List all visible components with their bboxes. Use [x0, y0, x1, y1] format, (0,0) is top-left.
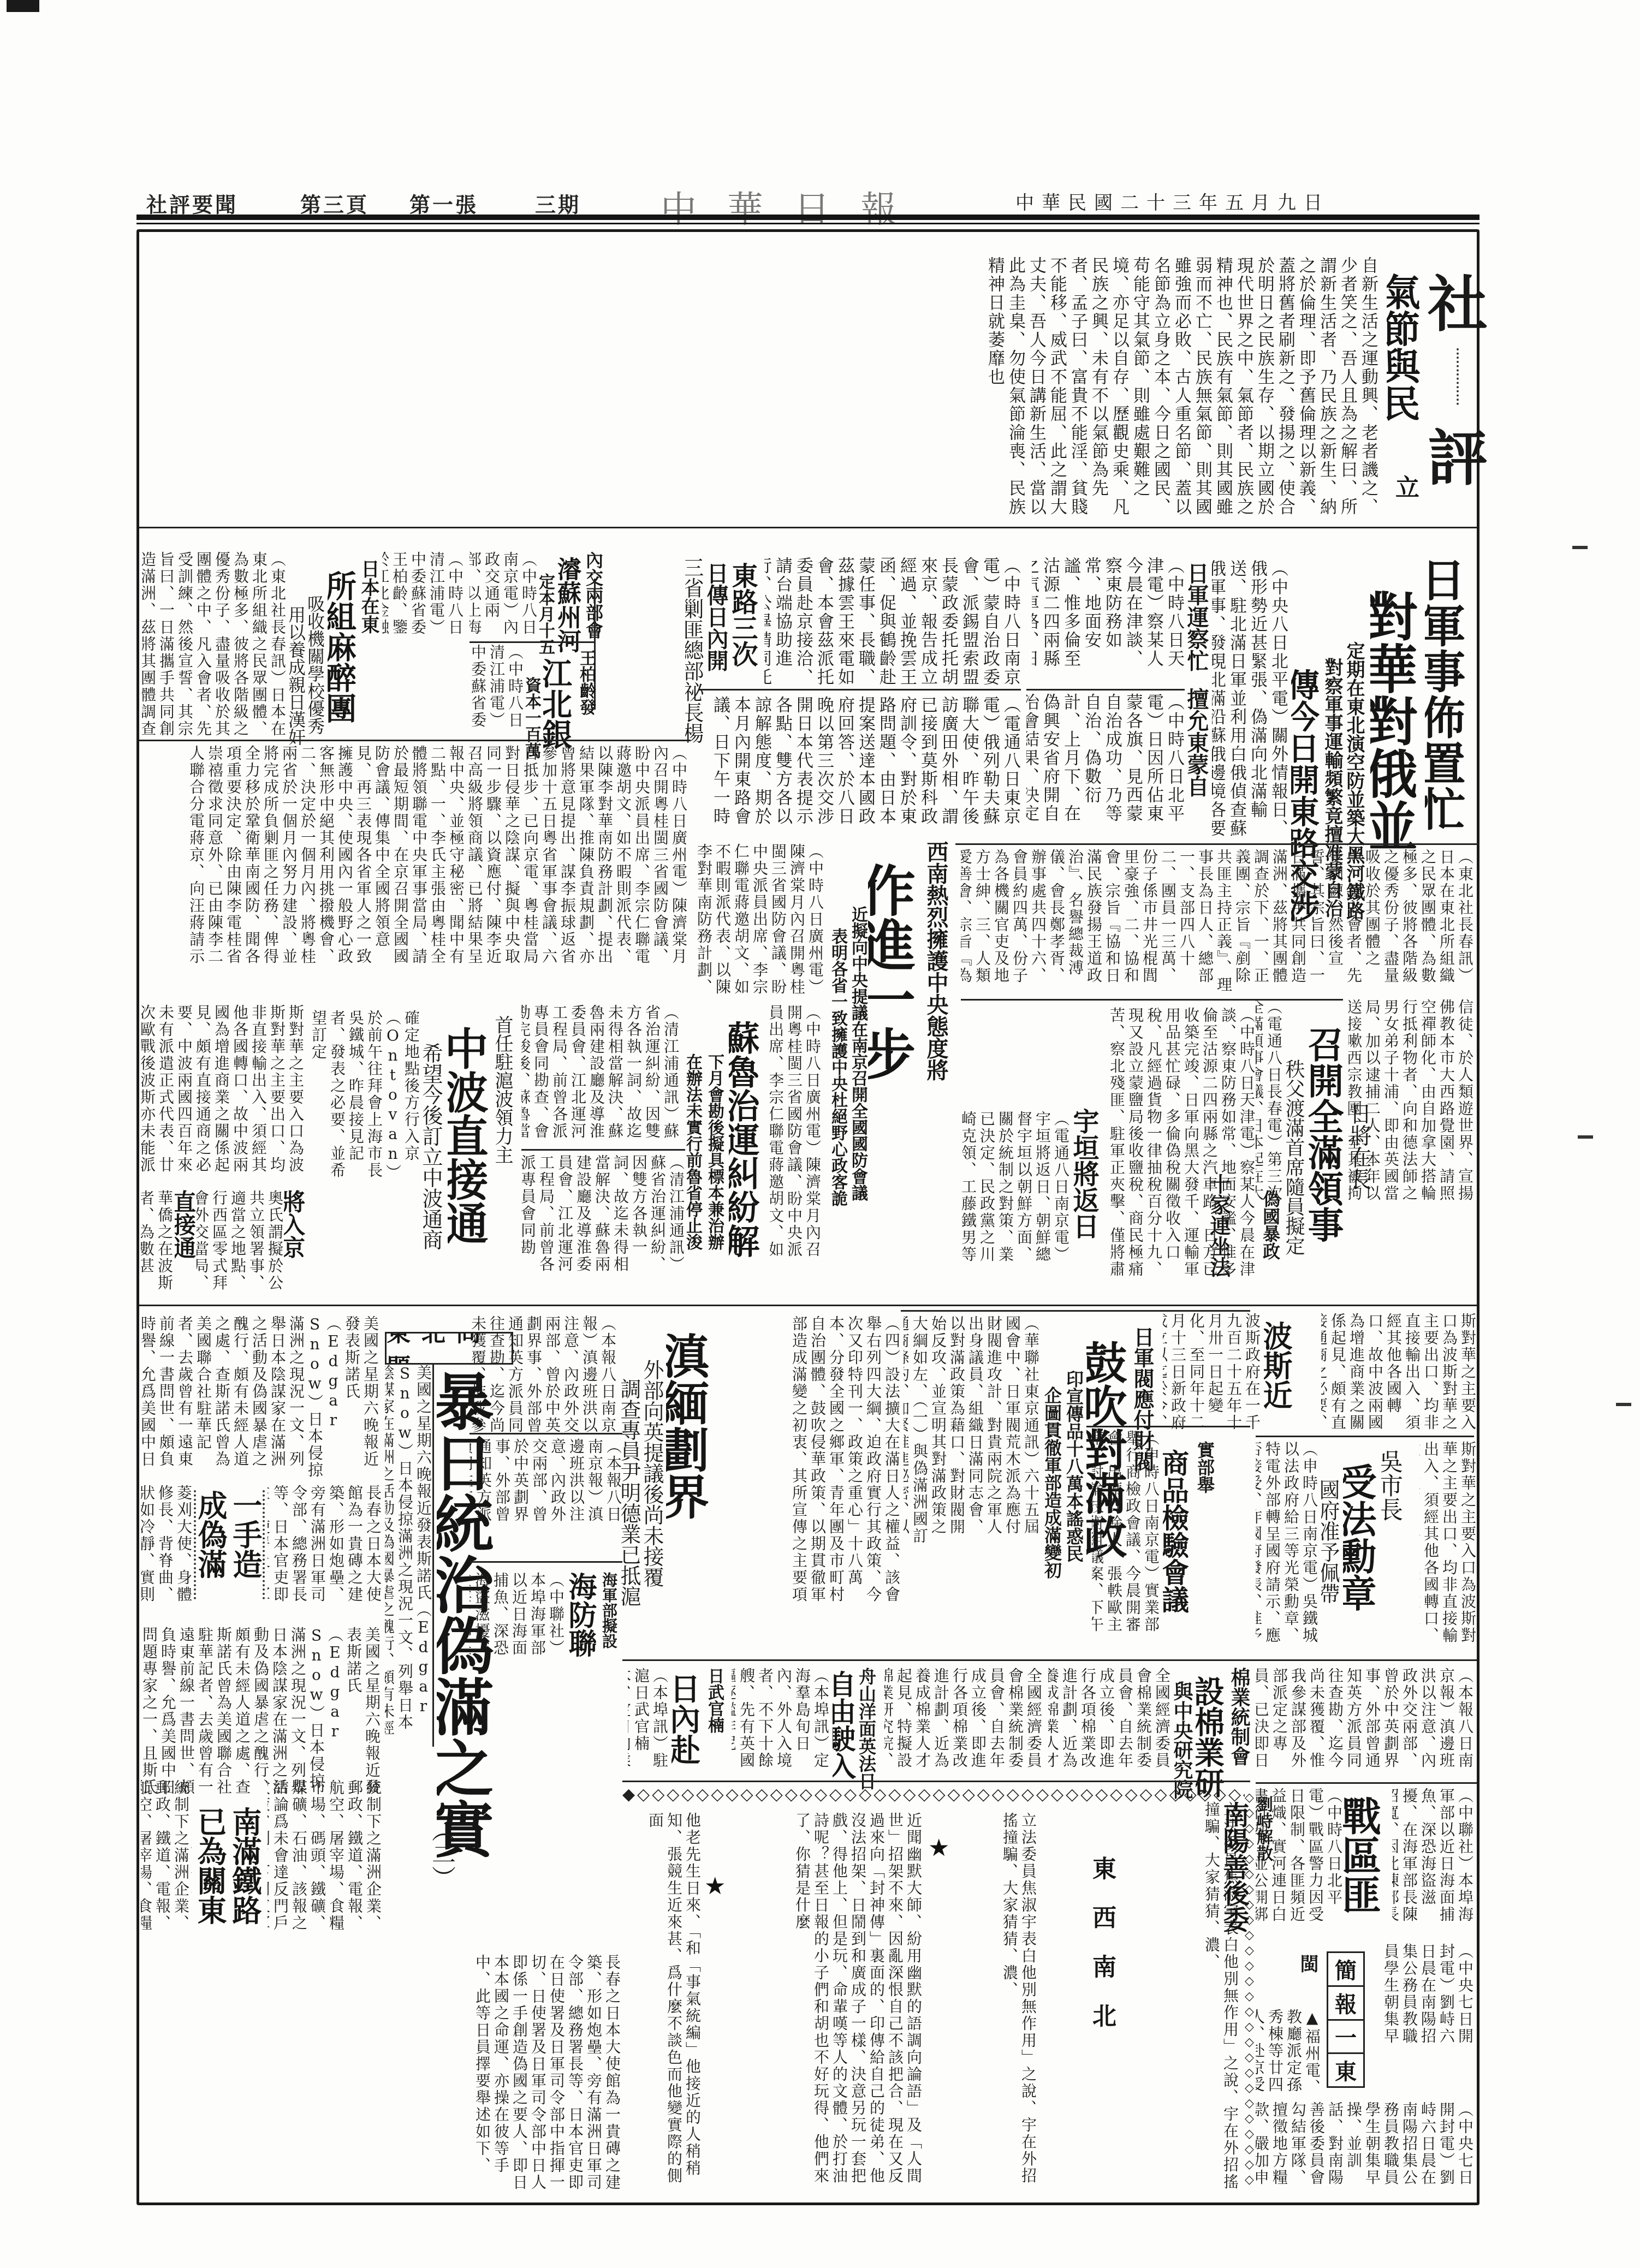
direction-south: 南	[1092, 1954, 1119, 1987]
article-divider	[470, 641, 595, 643]
subhead-consular: 秩父渡滿首席隨員擬定	[1286, 1059, 1308, 1255]
sheet-label: 第一張	[409, 188, 478, 218]
article-body-canal: （中時八日南京電）內政交通兩部、以上海蘇州河淤塞淺窄、亟待疏濬、特定於下星期二十…	[470, 551, 538, 641]
direction-east: 東	[1092, 1856, 1119, 1889]
subhead-poland: 希望今後訂立中波通商條約	[423, 1043, 446, 1250]
kicker-nanyang: 劉峙解散	[1256, 1796, 1275, 1867]
article-body-yugaki: （電通八日南京電）宇垣將返日、朝鮮總督宇垣以朝鮮方面、關於統制之對策、業已決定、…	[961, 1111, 1070, 1275]
date-label: 中華民國二十三年五月九日	[1015, 188, 1330, 215]
article-body-mongolia: （中時八日南京電）蒙自治政委會、派錫盟索盟長蒙政委托托胡來京、報告成立經過、並挽…	[764, 557, 1021, 688]
headline-japan-military-2: 對華對俄並進	[1370, 590, 1425, 873]
star-icon: ★	[704, 1872, 726, 1900]
subhead-manchu-policy-1: 印宣傳品十八萬本謠惑民眾	[1065, 1370, 1086, 1578]
subhead-wu-mayor: 國府准予佩帶	[1321, 1479, 1343, 1632]
brief-label: 報	[1328, 1987, 1363, 2021]
article-body-japan-transport: （中時八日天津電）察某人今晨在津談、察東防務如常、地面安謐、惟多倫至沽源二四兩縣…	[1032, 557, 1185, 682]
section-divider	[622, 1659, 1477, 1661]
kicker-japan-ship: 日武官楠木	[704, 1668, 726, 1744]
subhead-canal: 定本月十五開會	[538, 573, 557, 660]
part-label: （二）	[431, 1818, 459, 1883]
headline-commerce: 商品檢驗會議	[1163, 1449, 1193, 1613]
headline-yunnan-burma: 滇緬劃界問題	[666, 1332, 715, 1561]
headline-plotters: 一手造成偽滿之日本陰謀家	[194, 1490, 265, 1599]
direction-west: 西	[1092, 1905, 1119, 1938]
article-divider	[1256, 1782, 1477, 1784]
headline-yugaki: 宇垣將返日	[1073, 1108, 1103, 1250]
article-body-railway-2: 統制下之滿洲企業、郵政、鐵道、電報、航空、屠宰場、食糧市場、碼頭、鐵礦、煤礦、石…	[141, 1779, 190, 1943]
article-body-consular: （電通八日長春電）第三次全滿領事會議、日本起在大使館繼續開會三日、菱刈大使谷參事…	[1256, 999, 1283, 1217]
kicker-commerce: 實部舉行	[1196, 1441, 1217, 1507]
article-body-humor-2: 他老先生日來、「和「事氣統編」他接近的人稍稍知、張競生近來甚、爲什麼不談色而他變…	[625, 1812, 702, 2194]
brief-label: 一	[1328, 2021, 1363, 2055]
article-body-southwest-3: （中時八日廣州電）陳濟棠月內召開粵桂閩三省國防會議、盼中央派員出席、李宗仁聯電蔣…	[770, 1004, 822, 1266]
editorial-author: 立	[1389, 475, 1422, 508]
section-label-box: 東北問題	[385, 1332, 513, 1365]
article-body-southwest-cont: （中時八日廣州電）陳濟棠月內召開粵桂閩三省國防會議、盼中央派員出席、李宗仁聯電蔣…	[142, 745, 688, 974]
editorial-body: 自新生活之運動興、老者譏之、少者笑之、吾人且為之解曰、所謂新生活者、乃民族之新生…	[150, 257, 1378, 524]
brief-label: 簡	[1328, 1953, 1363, 1987]
headline-bank: 江北銀行	[543, 658, 576, 751]
headline-consular: 召開全滿領事會議	[1308, 1026, 1348, 1255]
subhead-jiangsu-2: 在辦法未實行前魯省停止浚治	[682, 1053, 704, 1261]
kicker-bank: 王柏齡發起設	[576, 650, 598, 715]
article-body-persia-2: 波斯政府在一千九百二十五年十月卅一日起變化、至同年十二月十三日新政府成立以迄於今…	[1163, 1313, 1261, 1438]
masthead-rule	[136, 215, 1479, 220]
article-divider	[470, 1561, 622, 1563]
article-body-cotton: 全國經濟委員會棉業統制委員會、自去年成立後、即進行各項棉業改進計劃、近為養成棉業…	[1048, 1668, 1171, 1777]
article-body-wu-mayor: （申時八日南京電）吳鐵城以法政府給三等光榮勳章、特電外部轉呈國府請示、應否接受、…	[1256, 1441, 1318, 1648]
article-body-poland-2: 斯對華之主要入口為波斯對華之主要出口、均非直接輸出入、須經其他各國轉口、故中波兩…	[141, 1004, 305, 1184]
kicker-southwest: 西南熱烈擁護中央態度將	[925, 841, 952, 1103]
subhead-southwest-2: 表明各省一致擁護中央杜絕野心政客詭謀	[829, 928, 849, 1212]
kicker-ship-entry: 舟山洋面英法日艦	[857, 1668, 879, 1799]
subhead-yunnan-2: 調查專員尹明德業已抵滬	[621, 1378, 644, 1608]
subhead-japan-transport: 日軍運察忙碌	[1186, 562, 1212, 671]
kicker-puppet: 偽國暴政	[1261, 1190, 1283, 1266]
article-body-manchu-decree: （四）設法擴大在滿日人之權益、該會舉右列四大綱、迫政府實行其政策、今次又印特刊一…	[792, 1315, 901, 1610]
article-divider	[521, 1149, 685, 1151]
article-body-poland: 確定地點後方行入京（Ontovan）於前午往拜會上海市長吳鐵城、昨晨接見記者、發…	[306, 1010, 420, 1184]
article-body-cotton-2: 全國經濟委員會棉業統制委員會、自去年成立後、即進行各項棉業改進計劃、近為養成棉業…	[884, 1668, 1043, 1777]
headline-japan-ship: 日內赴閩	[672, 1673, 704, 1782]
article-divider	[139, 740, 691, 741]
article-divider	[1256, 1436, 1474, 1437]
headline-military-zone: 戰區匪熾	[1343, 1796, 1387, 1938]
kicker-wu-mayor: 吳市長	[1381, 1449, 1406, 1537]
kicker-cotton: 棉業統制會擬	[1228, 1668, 1253, 1766]
article-body-brief-2: （中央七日開封電）劉峙六日晨在南陽招集公務員教職員學生朝集早操、並訓話、對南陽善…	[1256, 2102, 1474, 2194]
article-body-japan-military: （中央八日北平電）關外情報日、俄形勢近甚緊張、偽滿向北滿輸送、駐北滿日軍並利用白…	[1212, 559, 1288, 843]
article-body-poland-enter: 奧氏謂擬於公共立領署事、適當之地點、行西區零式拜會外交當局、由波斯駐俄公使所晤商…	[197, 1190, 284, 1299]
article-body-yunnan-3: （本報八日南京報）滇邊班洪以注意、內政外交兩部、曾於中英劃界事、外部曾通知英方派…	[1256, 1668, 1474, 1777]
brief-region: 閩	[1299, 1954, 1321, 1998]
subhead-poland-enter: 將入京	[284, 1190, 308, 1266]
brief-news-box: 簡 報 一 東	[1327, 1951, 1365, 2088]
article-body-persia: 斯對華之主要入口為波斯對華之主要出口、均非直接輸出入、須經其他各國轉口、故中波兩…	[1321, 1313, 1477, 1433]
scan-artifact	[1578, 1135, 1593, 1139]
headline-japan-ne: 所組麻醉團體調查	[328, 570, 360, 745]
article-body-continued: （中時八日天津電）察某人今晨在津談、察東防務如常、地面安謐、惟多倫至沽源二四兩縣…	[1108, 1007, 1256, 1280]
article-body-plotters: 長春之日本大使館為一貴磚之建築、形如炮壘、旁有滿洲日軍司令部、總務署長等、日本官…	[268, 1485, 382, 1616]
article-tail: （中時八日清江浦電）中委蘇省委王柏齡、鑒於江北金融停滯、農工商業、日趨衰落、擬創…	[382, 551, 464, 644]
scan-artifact	[7, 0, 39, 12]
headline-navy: 海防聯會	[568, 1572, 601, 1681]
kicker-japan-ne: 日本在東北	[360, 559, 382, 636]
article-body-nanyang: （中央七日開封電）劉峙六日晨在南陽招集公務員教職員學生朝集早操、並訓話、對南陽善…	[1384, 1943, 1474, 2052]
headline-railway: 南滿鐵路已為關東軍所控制	[191, 1807, 262, 1949]
article-body-commerce: （申時八日南京電）實業部舉行商檢政會議、今晨開審會、出席廿餘人、張軼歐主席、討論…	[1092, 1430, 1160, 1643]
section-divider	[139, 1305, 1477, 1306]
headline-east-road: 東路三次交涉	[732, 562, 762, 671]
article-body-humor-3: 立法委員焦淑宇表白他別無作用」之說、宇在外招搖撞騙、大家猜猜、濃、	[961, 1812, 1037, 2194]
editorial-title: 氣節與民族	[1387, 273, 1425, 437]
star-icon: ★	[928, 1834, 949, 1862]
article-body-direct-trade: 華僑之在波斯者、為數甚少、波斯之旅華僑民甚、波	[141, 1190, 174, 1299]
masthead-rule	[136, 223, 1479, 224]
article-body-japan-ship: （本埠訊）駐滬日武官楠木、定日內乘盛京丸赴閩、	[628, 1668, 669, 1777]
article-body-four-directions: 立法委員焦淑宇表白他別無作用」之說、宇在外招搖撞騙、大家猜猜、濃、	[1125, 1801, 1239, 2194]
article-body-bank: （中時八日清江浦電）中委蘇省委王柏齡、鑒於江北金融停滯、農工商業、日趨衰落、擬創…	[470, 644, 524, 737]
headline-nanyang: 南陽善後委會	[1223, 1801, 1253, 1943]
editorial-tag: 社 評	[1430, 257, 1485, 497]
editorial-tag-char: 社	[1428, 257, 1488, 343]
article-body-railway-3: 長春之日本大使館為一貴磚之建築、形如炮壘、旁有滿洲日軍司令部、總務署長等、日本官…	[141, 1954, 621, 2194]
subhead-japan-ne-1: 吸收機關學校優秀份子	[308, 595, 328, 748]
kicker-consular: 日將在長春	[1348, 1103, 1375, 1201]
subhead-east-mongolia: 擅允東蒙自治	[1186, 688, 1212, 808]
article-divider	[901, 1310, 1250, 1312]
subhead-direct-trade: 直接通商	[175, 1190, 199, 1266]
article-divider	[1026, 689, 1185, 690]
article-body-navy: （中聯社）本埠海軍部以近日海面捕魚、深恐海盜滋擾、在海軍部長陳紹寬、因此陳部長除…	[470, 1572, 565, 1659]
article-body-jiangsu: （清江浦通訊）蘇省治運糾紛、因雙方各執一詞、故迄未得相當解決、蘇魯兩建設廳及導淮…	[521, 1004, 680, 1152]
article-body-ship-entry: （本埠訊）定海羣島旬日內、外人入境者、不下十餘艘、先有英國驅逐艦非尼號、次即有日…	[732, 1668, 830, 1777]
article-body-plotters-3: 美國之星期六晚報近發表斯諾氏（Edgar Snow）日本侵掠滿洲之現況一文、列舉…	[141, 1627, 381, 1801]
page-label: 第三頁	[300, 188, 369, 218]
article-body-japan-mongolia: （中時八日北平電）日因所佔東蒙各旗、見西蒙自治成功、乃等自治、偽數衍計、上月下、…	[1026, 693, 1185, 841]
scan-artifact	[1572, 546, 1588, 549]
article-intro-ne-problem: 美國之星期六晚報近發表斯諾氏（Edgar Snow）日本侵掠滿洲之現況一文、列舉…	[385, 1365, 434, 1747]
issue-label: 三期	[535, 188, 581, 218]
article-body-persia-3: 斯對華之主要入口為波斯對華之主要出口、均非直接輸出入、須經其他各國轉口、故中波兩…	[1419, 1441, 1477, 1648]
article-body-railway: 統制下之滿洲企業、郵政、鐵道、電報、航空、屠宰場、食糧市場、碼頭、鐵礦、煤礦、石…	[268, 1779, 382, 1932]
article-divider	[1086, 1426, 1250, 1427]
headline-poland: 中波直接通商	[448, 1026, 494, 1255]
headline-ship-entry: 自由駛入	[833, 1670, 860, 1790]
headline-japan-military-1: 日軍事佈置忙碌	[1425, 557, 1471, 862]
article-divider	[699, 689, 1021, 690]
article-divider	[961, 999, 1343, 1001]
article-body-navy-2: （中聯社）本埠海軍部以近日海面捕魚、深恐海盜滋擾、在海軍部長陳紹寬、因此陳部長除…	[1392, 1788, 1474, 1930]
article-body-japan-ne: （東北社長春訊）日本在東北所組織之民眾團體、為數極多、彼將各階級之優秀份子、盡量…	[142, 551, 287, 742]
subhead-southwest-1: 近擬向中央提議在南京召開全國國防會議	[849, 906, 870, 1212]
headline-persia: 波斯近狀	[1264, 1321, 1297, 1430]
section-label: 社評要聞	[146, 188, 238, 218]
editorial-tag-char: 評	[1428, 410, 1488, 497]
subhead-jiangsu-1: 下月會勘後擬具標本兼治辦法	[704, 1053, 726, 1261]
headline-southwest: 作進一步表示	[868, 862, 923, 1119]
section-label-ne: 東北問題	[387, 1332, 512, 1365]
headline-jiangsu: 蘇魯治運糾紛解決	[729, 1021, 764, 1272]
kicker-poland: 首任駐滬波領力主	[494, 1015, 516, 1179]
direction-north: 北	[1092, 2003, 1119, 2036]
brief-label: 東	[1328, 2054, 1363, 2086]
article-body-japan-ne-2: （東北社長春訊）日本在東北所組織之民眾團體、為數極多、彼將各階級之優秀份子、盡量…	[961, 849, 1474, 996]
article-body-jiangsu-2: （清江浦通訊）蘇省治運糾紛、因雙方各執一詞、故迄未得相當解決、蘇魯兩建設廳及導淮…	[521, 1154, 685, 1275]
article-body-southwest: （中時八日廣州電）陳濟棠月內召開粵桂閩三省國防會議、盼中央派員出席、李宗仁聯電蔣…	[693, 843, 824, 996]
kicker-navy: 海軍部擬設	[601, 1572, 620, 1654]
article-body-brief: ▲福州電、教廳派定孫秀棟等廿四人、赴京受	[1256, 2009, 1321, 2096]
subhead-japan-ne-2: 用以養成親日漢奸人材	[289, 606, 308, 759]
headline-bandit-hq: 三省剿匪總部祕長楊永泰	[685, 557, 707, 753]
headline-wu-mayor: 受法勳章	[1343, 1463, 1381, 1627]
article-body-east-road: （電通八日東京電）俄列勒夫蘇聯大使、昨午後訪廣田外相、謂已接到莫斯科政府訓令、對…	[710, 696, 1021, 838]
article-divider	[955, 843, 1479, 845]
article-body-ne-cont: 美國之星期六晚報近發表斯諾氏（Edgar Snow）日本侵掠滿洲之現況一文、列舉…	[139, 1315, 379, 1479]
section-divider	[139, 527, 1477, 528]
section-divider	[622, 1781, 1250, 1782]
subhead-yunnan-1: 外部向英提議後尚未接覆	[644, 1359, 667, 1588]
article-body-humor-1: 近聞幽默大師、紛用幽默的語調向論語」及「人間世」招架不來、因亂深恨自己不該把合、…	[759, 1812, 923, 2194]
subhead-manchu-policy-2: 企圖貫徹軍部造成滿變初衷	[1043, 1386, 1065, 1594]
scan-artifact	[1616, 1403, 1631, 1406]
article-body-manchu-policy: （華聯社東京通訊）六十五屆國會中、日軍閥荒木派為應付財閥進攻計、對貴兩院之軍人出…	[904, 1315, 1040, 1545]
article-body-plotters-2: 菱刈大使、身體修長、背脊曲、狀如冷靜、實則伶俐、練達、關東軍參謀長小磯	[141, 1485, 193, 1616]
